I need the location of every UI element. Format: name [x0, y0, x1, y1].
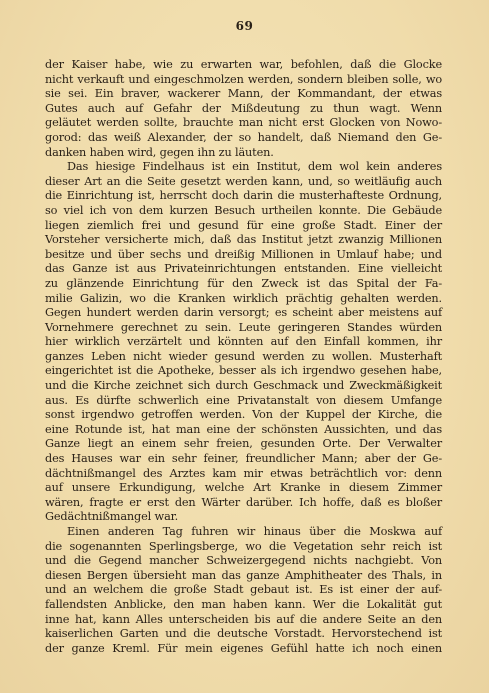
text-line: dieser Art an die Seite gesetzt werden k…: [45, 175, 442, 190]
text-line: Vornehmere gerechnet zu sein. Leute geri…: [45, 321, 442, 336]
text-line: aus. Es dürfte schwerlich eine Privatans…: [45, 394, 442, 409]
text-line: gorod: das weiß Alexander, der so handel…: [45, 131, 442, 146]
text-line: fallendsten Anblicke, den man haben kann…: [45, 598, 442, 613]
text-line: danken haben wird, gegen ihn zu läuten.: [45, 146, 442, 161]
text-line: Gegen hundert werden darin versorgt; es …: [45, 306, 442, 321]
text-line: milie Galizin, wo die Kranken wirklich p…: [45, 292, 442, 307]
text-line: diesen Bergen übersieht man das ganze Am…: [45, 569, 442, 584]
text-line: so viel ich von dem kurzen Besuch urthei…: [45, 204, 442, 219]
text-line: Vorsteher versicherte mich, daß das Inst…: [45, 233, 442, 248]
text-line: und an welchem die große Stadt gebaut is…: [45, 583, 442, 598]
text-line: hier wirklich verzärtelt und könnten auf…: [45, 335, 442, 350]
text-line: sie sei. Ein braver, wackerer Mann, der …: [45, 87, 442, 102]
text-line: eine Rotunde ist, hat man eine der schön…: [45, 423, 442, 438]
text-line: geläutet werden sollte, brauchte man nic…: [45, 116, 442, 131]
text-line: die Einrichtung ist, herrscht doch darin…: [45, 189, 442, 204]
page-number: 69: [0, 19, 489, 33]
text-line: sonst irgendwo getroffen werden. Von der…: [45, 408, 442, 423]
text-line: Gedächtnißmangel war.: [45, 510, 442, 525]
text-line: Gutes auch auf Gefahr der Mißdeutung zu …: [45, 102, 442, 117]
text-line: dächtnißmangel des Arztes kam mir etwas …: [45, 467, 442, 482]
text-line: des Hauses war ein sehr feiner, freundli…: [45, 452, 442, 467]
text-line: das Ganze ist aus Privateinrichtungen en…: [45, 262, 442, 277]
body-text: der Kaiser habe, wie zu erwarten war, be…: [45, 58, 442, 656]
text-line: und die Kirche zeichnet sich durch Gesch…: [45, 379, 442, 394]
text-line: zu glänzende Einrichtung für den Zweck i…: [45, 277, 442, 292]
text-line: auf unsere Erkundigung, welche Art Krank…: [45, 481, 442, 496]
text-line: liegen ziemlich frei und gesund für eine…: [45, 219, 442, 234]
text-line: Einen anderen Tag fuhren wir hinaus über…: [45, 525, 442, 540]
text-line: nicht verkauft und eingeschmolzen werden…: [45, 73, 442, 88]
text-line: inne hat, kann Alles unterscheiden bis a…: [45, 613, 442, 628]
text-line: und die Gegend mancher Schweizergegend n…: [45, 554, 442, 569]
text-line: ganzes Leben nicht wieder gesund werden …: [45, 350, 442, 365]
text-line: kaiserlichen Garten und die deutsche Vor…: [45, 627, 442, 642]
text-line: Ganze liegt an einem sehr freien, gesund…: [45, 437, 442, 452]
text-line: der Kaiser habe, wie zu erwarten war, be…: [45, 58, 442, 73]
text-line: besitze und über sechs und dreißig Milli…: [45, 248, 442, 263]
text-line: die sogenannten Sperlingsberge, wo die V…: [45, 540, 442, 555]
text-line: eingerichtet ist die Apotheke, besser al…: [45, 364, 442, 379]
text-line: der ganze Kreml. Für mein eigenes Gefühl…: [45, 642, 442, 657]
text-line: Das hiesige Findelhaus ist ein Institut,…: [45, 160, 442, 175]
text-line: wären, fragte er erst den Wärter darüber…: [45, 496, 442, 511]
